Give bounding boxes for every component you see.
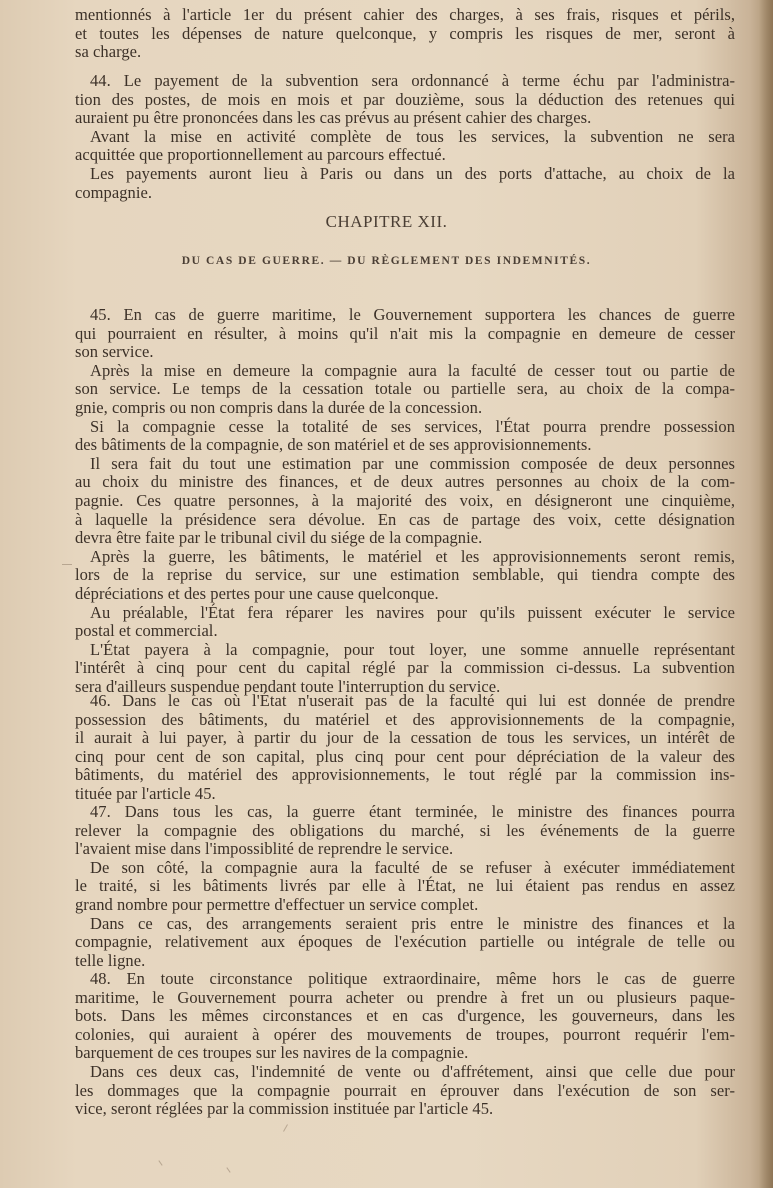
chapter-subtitle: DU CAS DE GUERRE. — DU RÈGLEMENT DES IND… bbox=[0, 255, 773, 267]
text-block-article-47: 47. Dans tous les cas, la guerre étant t… bbox=[75, 803, 735, 970]
paper-speck bbox=[283, 1124, 288, 1131]
text-line: lors de la reprise du service, sur une e… bbox=[75, 566, 735, 585]
text-line: son service. Le temps de la cessation to… bbox=[75, 380, 735, 399]
text-line: De son côté, la compagnie aura la facult… bbox=[75, 859, 735, 878]
text-line: relever la compagnie des obligations du … bbox=[75, 822, 735, 841]
text-line: Si la compagnie cesse la totalité de ses… bbox=[75, 418, 735, 437]
text-line: grand nombre pour permettre d'effectuer … bbox=[75, 896, 735, 915]
text-line: L'État payera à la compagnie, pour tout … bbox=[75, 641, 735, 660]
text-line: le traité, si les bâtiments livrés par e… bbox=[75, 877, 735, 896]
text-line: les dommages que la compagnie pourrait e… bbox=[75, 1082, 735, 1101]
text-line: 47. Dans tous les cas, la guerre étant t… bbox=[75, 803, 735, 822]
text-line: son service. bbox=[75, 343, 735, 362]
text-line: Après la guerre, les bâtiments, le matér… bbox=[75, 548, 735, 567]
text-line: 45. En cas de guerre maritime, le Gouver… bbox=[75, 306, 735, 325]
text-line: postal et commercial. bbox=[75, 622, 735, 641]
text-line: dépréciations et des pertes pour une cau… bbox=[75, 585, 735, 604]
text-line: tion des postes, de mois en mois et par … bbox=[75, 91, 735, 110]
paper-speck bbox=[62, 564, 72, 565]
text-line: compagnie, relativement aux époques de l… bbox=[75, 933, 735, 952]
text-line: Au préalable, l'État fera réparer les na… bbox=[75, 604, 735, 623]
text-line: Dans ces deux cas, l'indemnité de vente … bbox=[75, 1063, 735, 1082]
text-line: colonies, qui auraient à opérer des mouv… bbox=[75, 1026, 735, 1045]
scanned-page: mentionnés à l'article 1er du présent ca… bbox=[0, 0, 773, 1188]
text-block-article-48: 48. En toute circonstance politique extr… bbox=[75, 970, 735, 1119]
text-line: barquement de ces troupes sur les navire… bbox=[75, 1044, 735, 1063]
page-edge-shadow bbox=[759, 0, 773, 1188]
text-line: il aurait à lui payer, à partir du jour … bbox=[75, 729, 735, 748]
text-line: Il sera fait du tout une estimation par … bbox=[75, 455, 735, 474]
text-line: acquittée que proportionnellement au par… bbox=[75, 146, 735, 165]
text-line: devra être faite par le tribunal civil d… bbox=[75, 529, 735, 548]
paper-speck bbox=[226, 1167, 230, 1172]
text-line: à laquelle la présidence sera dévolue. E… bbox=[75, 511, 735, 530]
text-line: des bâtiments de la compagnie, de son ma… bbox=[75, 436, 735, 455]
text-block-article-46: 46. Dans le cas où l'État n'userait pas … bbox=[75, 692, 735, 804]
text-line: pagnie. Ces quatre personnes, à la major… bbox=[75, 492, 735, 511]
text-line: bots. Dans les mêmes circonstances et en… bbox=[75, 1007, 735, 1026]
text-line: Dans ce cas, des arrangements seraient p… bbox=[75, 915, 735, 934]
text-line: et toutes les dépenses de nature quelcon… bbox=[75, 25, 735, 44]
text-line: l'intérêt à cinq pour cent du capital ré… bbox=[75, 659, 735, 678]
text-block-article-44: 44. Le payement de la subvention sera or… bbox=[75, 72, 735, 202]
text-line: Après la mise en demeure la compagnie au… bbox=[75, 362, 735, 381]
text-line: vice, seront réglées par la commission i… bbox=[75, 1100, 735, 1119]
text-line: sa charge. bbox=[75, 43, 735, 62]
text-line: Avant la mise en activité complète de to… bbox=[75, 128, 735, 147]
text-block-article-45: 45. En cas de guerre maritime, le Gouver… bbox=[75, 306, 735, 696]
chapter-title: CHAPITRE XII. bbox=[0, 212, 773, 232]
text-block-continuation: mentionnés à l'article 1er du présent ca… bbox=[75, 6, 735, 62]
text-line: 48. En toute circonstance politique extr… bbox=[75, 970, 735, 989]
text-line: qui pourraient en résulter, à moins qu'i… bbox=[75, 325, 735, 344]
text-line: tituée par l'article 45. bbox=[75, 785, 735, 804]
text-line: au choix du ministre des finances, et de… bbox=[75, 473, 735, 492]
text-line: compagnie. bbox=[75, 184, 735, 203]
text-line: cinq pour cent de son capital, plus cinq… bbox=[75, 748, 735, 767]
text-line: maritime, le Gouvernement pourra acheter… bbox=[75, 989, 735, 1008]
text-line: l'avaient mise dans l'impossiblité de re… bbox=[75, 840, 735, 859]
text-line: 44. Le payement de la subvention sera or… bbox=[75, 72, 735, 91]
text-line: gnie, compris ou non compris dans la dur… bbox=[75, 399, 735, 418]
text-line: Les payements auront lieu à Paris ou dan… bbox=[75, 165, 735, 184]
text-line: mentionnés à l'article 1er du présent ca… bbox=[75, 6, 735, 25]
paper-speck bbox=[158, 1160, 162, 1165]
text-line: bâtiments, du matériel des approvisionne… bbox=[75, 766, 735, 785]
text-line: auraient pu être prononcées dans les cas… bbox=[75, 109, 735, 128]
text-line: telle ligne. bbox=[75, 952, 735, 971]
text-line: possession des bâtiments, du matériel et… bbox=[75, 711, 735, 730]
text-line: 46. Dans le cas où l'État n'userait pas … bbox=[75, 692, 735, 711]
